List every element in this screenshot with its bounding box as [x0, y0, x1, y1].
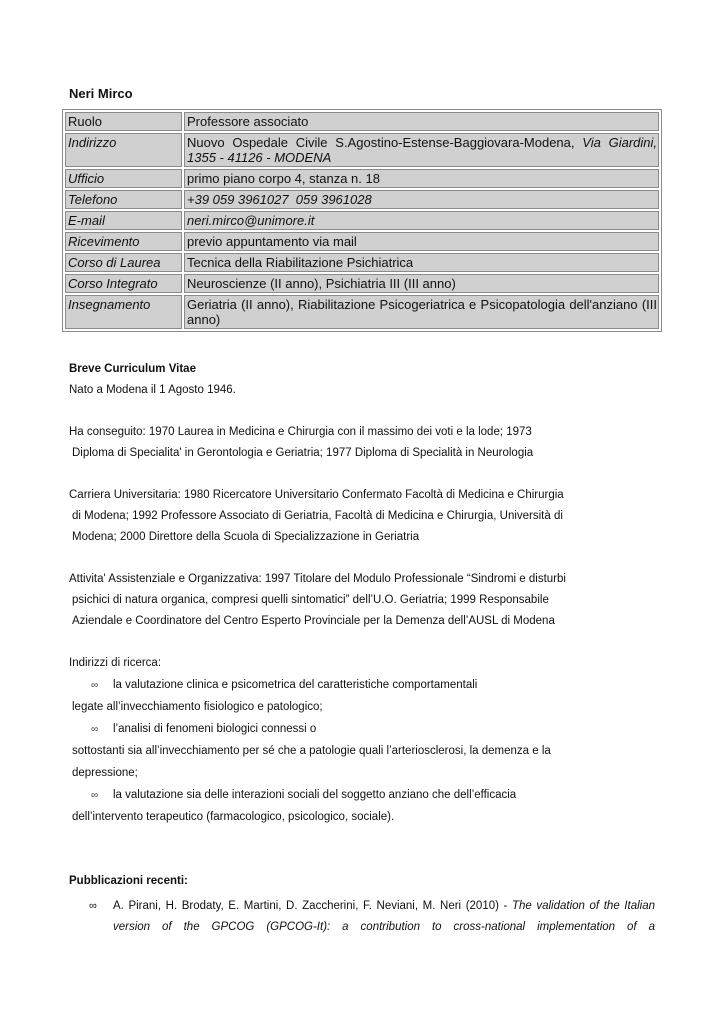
label-ufficio: Ufficio: [65, 169, 182, 188]
research-item-2-cont2: depressione;: [72, 763, 138, 784]
infinity-bullet-icon: ∞: [91, 785, 113, 806]
value-corso-integrato: Neuroscienze (II anno), Psichiatria III …: [184, 274, 659, 293]
research-item-3-text: la valutazione sia delle interazioni soc…: [113, 789, 516, 801]
label-corso-integrato: Corso Integrato: [65, 274, 182, 293]
publication-authors: A. Pirani, H. Brodaty, E. Martini, D. Za…: [113, 900, 512, 912]
infinity-bullet-icon: ∞: [91, 719, 113, 740]
cv-career-line1: Carriera Universitaria: 1980 Ricercatore…: [69, 489, 564, 501]
infinity-bullet-icon: ∞: [91, 675, 113, 696]
research-item-1: ∞la valutazione clinica e psicometrica d…: [91, 675, 477, 696]
research-item-2-text: l’analisi di fenomeni biologici connessi…: [113, 723, 316, 735]
value-ruolo: Professore associato: [184, 112, 659, 131]
research-item-3: ∞la valutazione sia delle interazioni so…: [91, 785, 516, 806]
label-indirizzo: Indirizzo: [65, 133, 182, 167]
table-row-ricevimento: Ricevimento previo appuntamento via mail: [65, 232, 659, 251]
research-title: Indirizzi di ricerca:: [69, 653, 629, 674]
info-table: Ruolo Professore associato Indirizzo Nuo…: [62, 109, 662, 332]
table-row-ruolo: Ruolo Professore associato: [65, 112, 659, 131]
value-ufficio: primo piano corpo 4, stanza n. 18: [184, 169, 659, 188]
table-row-ufficio: Ufficio primo piano corpo 4, stanza n. 1…: [65, 169, 659, 188]
label-ricevimento: Ricevimento: [65, 232, 182, 251]
document-page: Neri Mirco Ruolo Professore associato In…: [0, 0, 724, 1024]
cv-degrees-line1: Ha conseguito: 1970 Laurea in Medicina e…: [69, 426, 532, 438]
cv-birth: Nato a Modena il 1 Agosto 1946.: [69, 380, 629, 401]
table-row-email: E-mail neri.mirco@unimore.it: [65, 211, 659, 230]
cv-degrees-line2: Diploma di Specialita' in Gerontologia e…: [69, 443, 629, 464]
research-item-3-cont: dell’intervento terapeutico (farmacologi…: [72, 807, 394, 828]
cv-activity-line3: Aziendale e Coordinatore del Centro Espe…: [69, 611, 649, 632]
address-plain: Nuovo Ospedale Civile S.Agostino-Estense…: [187, 135, 582, 150]
value-insegnamento: Geriatria (II anno), Riabilitazione Psic…: [184, 295, 659, 329]
publication-text: A. Pirani, H. Brodaty, E. Martini, D. Za…: [113, 896, 655, 938]
publications-title: Pubblicazioni recenti:: [69, 875, 188, 887]
table-row-indirizzo: Indirizzo Nuovo Ospedale Civile S.Agosti…: [65, 133, 659, 167]
cv-career: Carriera Universitaria: 1980 Ricercatore…: [69, 485, 629, 548]
label-telefono: Telefono: [65, 190, 182, 209]
research-item-1-cont: legate all’invecchiamento fisiologico e …: [72, 697, 323, 718]
table-row-corso-laurea: Corso di Laurea Tecnica della Riabilitaz…: [65, 253, 659, 272]
research-item-1-text: la valutazione clinica e psicometrica de…: [113, 679, 477, 691]
cv-activity-line2: psichici di natura organica, compresi qu…: [69, 590, 649, 611]
publication-item: ∞ A. Pirani, H. Brodaty, E. Martini, D. …: [89, 896, 655, 938]
table-row-insegnamento: Insegnamento Geriatria (II anno), Riabil…: [65, 295, 659, 329]
label-corso-laurea: Corso di Laurea: [65, 253, 182, 272]
cv-career-line2: di Modena; 1992 Professore Associato di …: [69, 506, 629, 527]
value-telefono: +39 059 3961027 059 3961028: [184, 190, 659, 209]
value-ricevimento: previo appuntamento via mail: [184, 232, 659, 251]
cv-activity-line1: Attivita' Assistenziale e Organizzativa:…: [69, 573, 566, 585]
value-corso-laurea: Tecnica della Riabilitazione Psichiatric…: [184, 253, 659, 272]
research-item-2: ∞l’analisi di fenomeni biologici conness…: [91, 719, 316, 740]
cv-title: Breve Curriculum Vitae: [69, 363, 196, 375]
label-email: E-mail: [65, 211, 182, 230]
table-row-telefono: Telefono +39 059 3961027 059 3961028: [65, 190, 659, 209]
cv-career-line3: Modena; 2000 Direttore della Scuola di S…: [69, 527, 629, 548]
cv-activity: Attivita' Assistenziale e Organizzativa:…: [69, 569, 649, 632]
label-insegnamento: Insegnamento: [65, 295, 182, 329]
value-email[interactable]: neri.mirco@unimore.it: [184, 211, 659, 230]
label-ruolo: Ruolo: [65, 112, 182, 131]
cv-degrees: Ha conseguito: 1970 Laurea in Medicina e…: [69, 422, 629, 464]
research-item-2-cont: sottostanti sia all’invecchiamento per s…: [72, 741, 551, 762]
person-name: Neri Mirco: [69, 86, 133, 101]
infinity-bullet-icon: ∞: [89, 896, 97, 917]
table-row-corso-integrato: Corso Integrato Neuroscienze (II anno), …: [65, 274, 659, 293]
value-indirizzo: Nuovo Ospedale Civile S.Agostino-Estense…: [184, 133, 659, 167]
